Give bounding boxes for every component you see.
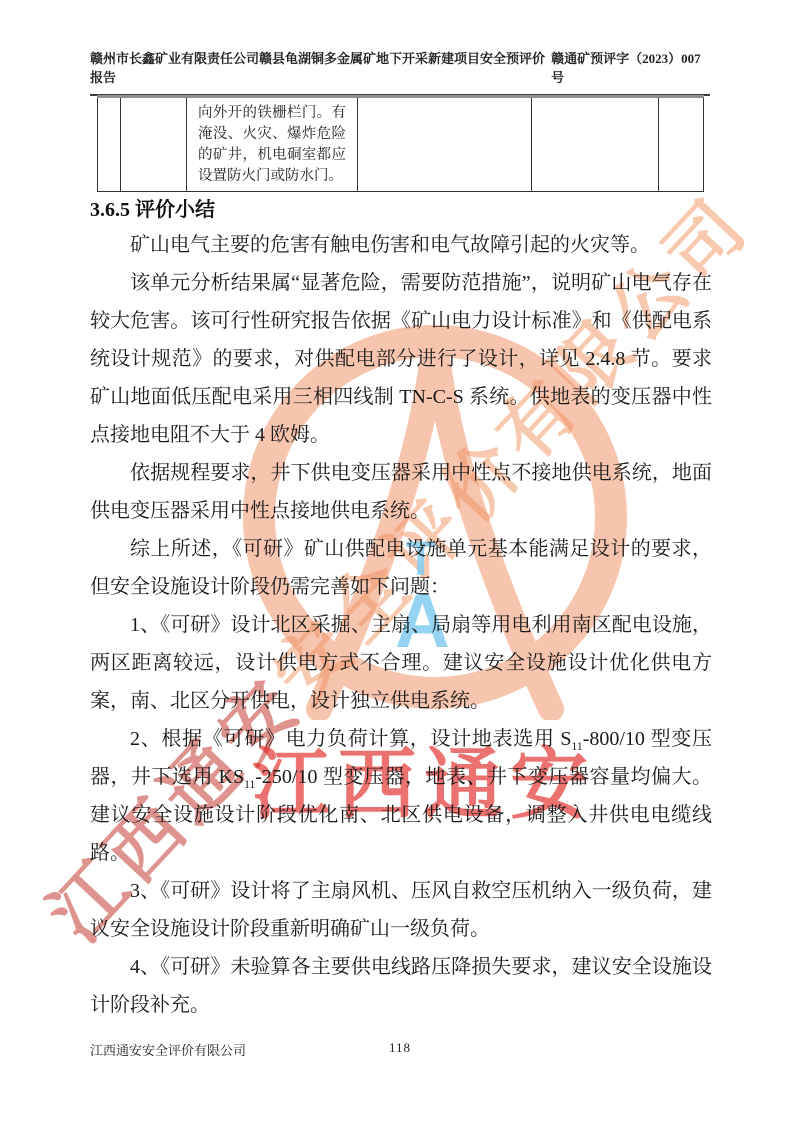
- header-report-title: 赣州市长鑫矿业有限责任公司赣县龟湖铜多金属矿地下开采新建项目安全预评价报告: [90, 48, 551, 86]
- subscript-text: 11: [244, 778, 255, 791]
- section-heading: 3.6.5 评价小结: [90, 193, 215, 222]
- table-cell: [98, 97, 121, 192]
- paragraph: 4、《可研》未验算各主要供电线路压降损失要求，建议安全设施设计阶段补充。: [90, 948, 712, 1024]
- table-row: 向外开的铁栅栏门。有淹没、火灾、爆炸危险的矿井，机电硐室都应设置防火门或防水门。: [98, 97, 704, 192]
- page-content: 赣州市长鑫矿业有限责任公司赣县龟湖铜多金属矿地下开采新建项目安全预评价报告 赣通…: [0, 0, 800, 1131]
- footer-company: 江西通安安全评价有限公司: [90, 1043, 246, 1058]
- page-footer: 江西通安安全评价有限公司 118: [90, 1040, 710, 1059]
- page-number: 118: [389, 1040, 411, 1056]
- table-cell: [532, 97, 659, 192]
- page-header: 赣州市长鑫矿业有限责任公司赣县龟湖铜多金属矿地下开采新建项目安全预评价报告 赣通…: [90, 48, 710, 96]
- table-cell: [121, 97, 187, 192]
- subscript-text: 11: [572, 740, 583, 753]
- paragraph: 2、根据《可研》电力负荷计算，设计地表选用 S11-800/10 型变压器，井下…: [90, 720, 712, 872]
- paragraph: 该单元分析结果属“显著危险，需要防范措施”，说明矿山电气存在较大危害。该可行性研…: [90, 264, 712, 454]
- document-page: 江西通安安全评价有限公司 T A 江西通安 赣州市长鑫矿业有限责任公司赣县龟湖铜…: [0, 0, 800, 1131]
- paragraph: 1、《可研》设计北区采掘、主扇、局扇等用电利用南区配电设施，两区距离较远，设计供…: [90, 606, 712, 720]
- paragraph: 综上所述，《可研》矿山供配电设施单元基本能满足设计的要求，但安全设施设计阶段仍需…: [90, 530, 712, 606]
- table-cell: [358, 97, 532, 192]
- header-doc-number: 赣通矿预评字（2023）007 号: [551, 48, 710, 86]
- section-body: 矿山电气主要的危害有触电伤害和电气故障引起的火灾等。该单元分析结果属“显著危险，…: [90, 226, 712, 1024]
- paragraph: 矿山电气主要的危害有触电伤害和电气故障引起的火灾等。: [90, 226, 712, 264]
- table-cell: 向外开的铁栅栏门。有淹没、火灾、爆炸危险的矿井，机电硐室都应设置防火门或防水门。: [187, 97, 358, 192]
- table-cell: [659, 97, 704, 192]
- paragraph: 依据规程要求，井下供电变压器采用中性点不接地供电系统，地面供电变压器采用中性点接…: [90, 454, 712, 530]
- continued-table: 向外开的铁栅栏门。有淹没、火灾、爆炸危险的矿井，机电硐室都应设置防火门或防水门。: [97, 95, 704, 192]
- paragraph: 3、《可研》设计将了主扇风机、压风自救空压机纳入一级负荷，建议安全设施设计阶段重…: [90, 872, 712, 948]
